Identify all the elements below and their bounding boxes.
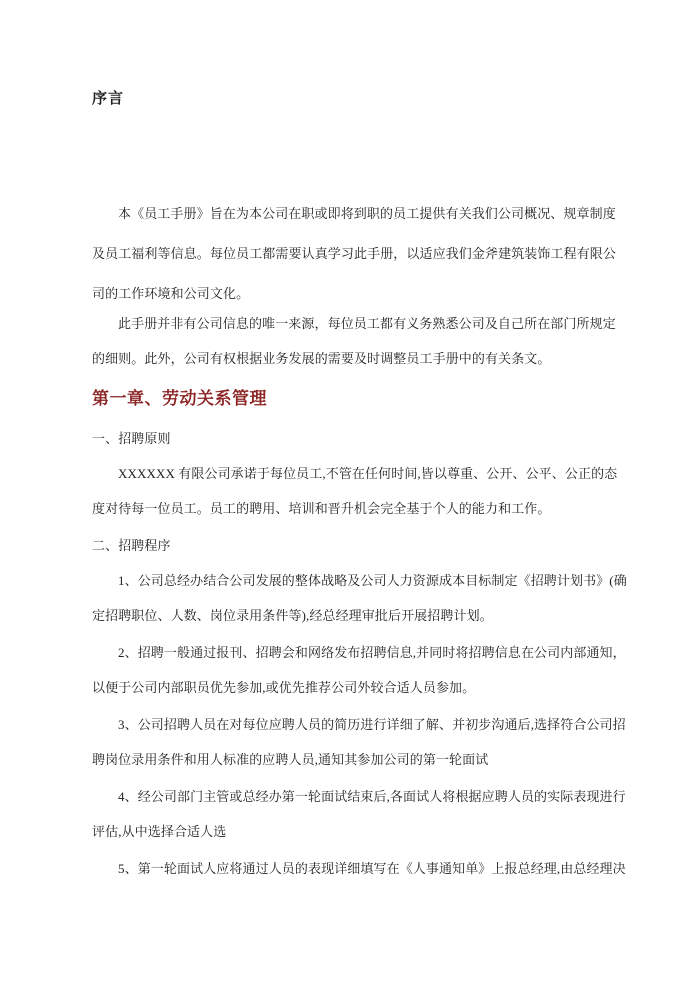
- text-line: 3、公司招聘人员在对每位应聘人员的简历进行详细了解、并初步沟通后,选择符合公司招: [92, 707, 612, 742]
- text-line: 二、招聘程序: [92, 528, 612, 563]
- text-line: 4、经公司部门主管或总经办第一轮面试结束后,各面试人将根据应聘人员的实际表现进行: [92, 779, 612, 814]
- document-title: 序言: [92, 88, 612, 110]
- text-line: XXXXXX 有限公司承诺于每位员工,不管在任何时间,皆以尊重、公开、公平、公正…: [92, 456, 612, 491]
- text-line: 定招聘职位、人数、岗位录用条件等),经总经理审批后开展招聘计划。: [92, 598, 612, 633]
- text-line: 及员工福利等信息。每位员工都需要认真学习此手册，以适应我们金斧建筑装饰工程有限公: [92, 234, 612, 274]
- text-line: 1、公司总经办结合公司发展的整体战略及公司人力资源成本目标制定《招聘计划书》(确: [92, 563, 612, 598]
- text-line: 此手册并非有公司信息的唯一来源，每位员工都有义务熟悉公司及自己所在部门所规定: [92, 306, 612, 341]
- text-line: 以便于公司内部职员优先参加,或优先推荐公司外较合适人员参加。: [92, 670, 612, 705]
- text-line: 的细则。此外，公司有权根据业务发展的需要及时调整员工手册中的有关条文。: [92, 341, 612, 376]
- text-line: 本《员工手册》旨在为本公司在职或即将到职的员工提供有关我们公司概况、规章制度: [92, 194, 612, 234]
- text-line: 度对待每一位员工。员工的聘用、培训和晋升机会完全基于个人的能力和工作。: [92, 491, 612, 526]
- text-line: 评估,从中选择合适人选: [92, 814, 612, 849]
- text-line: 5、第一轮面试人应将通过人员的表现详细填写在《人事通知单》上报总经理,由总经理决: [92, 851, 612, 886]
- text-line: 2、招聘一般通过报刊、招聘会和网络发布招聘信息,并同时将招聘信息在公司内部通知，: [92, 635, 612, 670]
- chapter-heading: 第一章、劳动关系管理: [92, 384, 612, 414]
- text-line: 聘岗位录用条件和用人标准的应聘人员,通知其参加公司的第一轮面试: [92, 742, 612, 777]
- text-line: 一、招聘原则: [92, 421, 612, 456]
- document-page: 序言本《员工手册》旨在为本公司在职或即将到职的员工提供有关我们公司概况、规章制度…: [0, 0, 700, 990]
